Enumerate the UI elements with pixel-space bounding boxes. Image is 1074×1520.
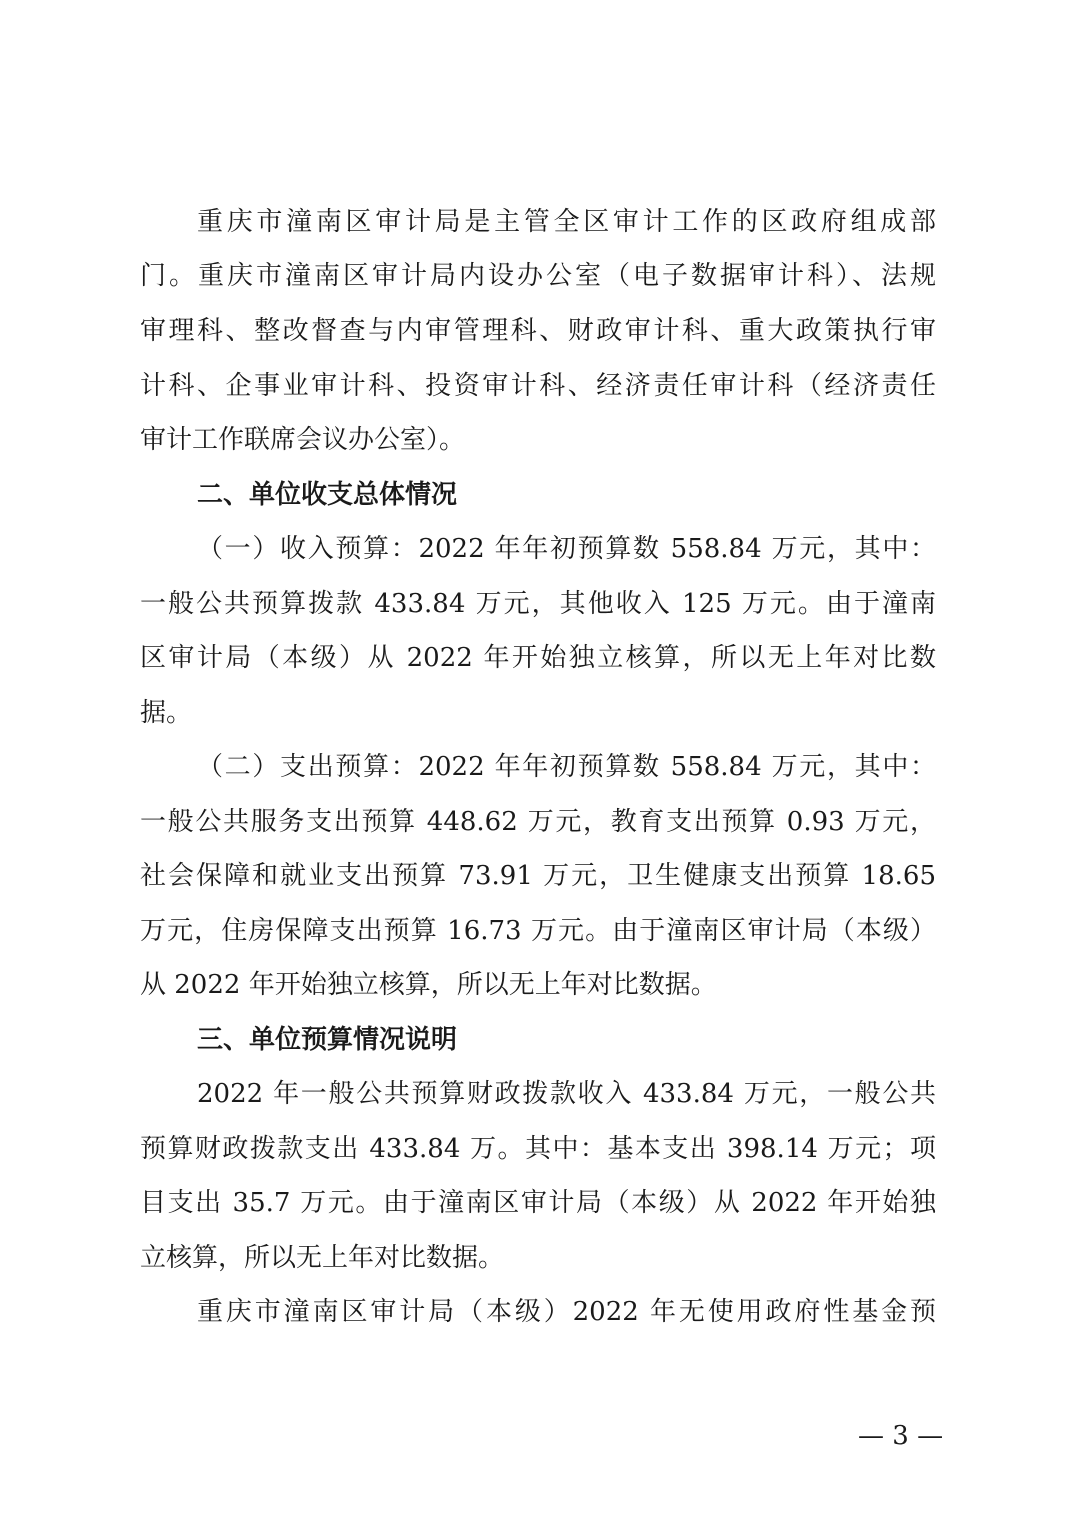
section-heading-2: 二、单位收支总体情况 bbox=[197, 475, 457, 515]
intro-line-5: 审计工作联席会议办公室）。 bbox=[140, 420, 936, 460]
section-heading-3: 三、单位预算情况说明 bbox=[197, 1020, 457, 1060]
budget-explanation-line-1: 2022 年一般公共预算财政拨款收入 433.84 万元，一般公共 bbox=[197, 1074, 936, 1114]
budget-explanation-line-4: 立核算，所以无上年对比数据。 bbox=[140, 1238, 936, 1278]
page-number: — 3 — bbox=[858, 1416, 943, 1456]
expenditure-line-1: （二）支出预算：2022 年年初预算数 558.84 万元，其中： bbox=[197, 747, 936, 787]
income-line-1: （一）收入预算：2022 年年初预算数 558.84 万元，其中： bbox=[197, 529, 936, 569]
expenditure-line-3: 社会保障和就业支出预算 73.91 万元，卫生健康支出预算 18.65 bbox=[140, 856, 936, 896]
income-line-3: 区审计局（本级）从 2022 年开始独立核算，所以无上年对比数 bbox=[140, 638, 936, 678]
budget-explanation-line-3: 目支出 35.7 万元。由于潼南区审计局（本级）从 2022 年开始独 bbox=[140, 1183, 936, 1223]
budget-explanation-line-2: 预算财政拨款支出 433.84 万。其中：基本支出 398.14 万元；项 bbox=[140, 1129, 936, 1169]
document-page: 重庆市潼南区审计局是主管全区审计工作的区政府组成部 门。重庆市潼南区审计局内设办… bbox=[0, 0, 1074, 1520]
intro-line-3: 审理科、整改督查与内审管理科、财政审计科、重大政策执行审 bbox=[140, 311, 936, 351]
fund-budget-line-1: 重庆市潼南区审计局（本级）2022 年无使用政府性基金预 bbox=[197, 1292, 936, 1332]
intro-line-4: 计科、企事业审计科、投资审计科、经济责任审计科（经济责任 bbox=[140, 366, 936, 406]
income-line-4: 据。 bbox=[140, 693, 936, 733]
expenditure-line-5: 从 2022 年开始独立核算，所以无上年对比数据。 bbox=[140, 965, 936, 1005]
intro-line-1: 重庆市潼南区审计局是主管全区审计工作的区政府组成部 bbox=[197, 202, 936, 242]
expenditure-line-4: 万元，住房保障支出预算 16.73 万元。由于潼南区审计局（本级） bbox=[140, 911, 936, 951]
income-line-2: 一般公共预算拨款 433.84 万元，其他收入 125 万元。由于潼南 bbox=[140, 584, 936, 624]
expenditure-line-2: 一般公共服务支出预算 448.62 万元，教育支出预算 0.93 万元， bbox=[140, 802, 936, 842]
intro-line-2: 门。重庆市潼南区审计局内设办公室（电子数据审计科）、法规 bbox=[140, 256, 936, 296]
